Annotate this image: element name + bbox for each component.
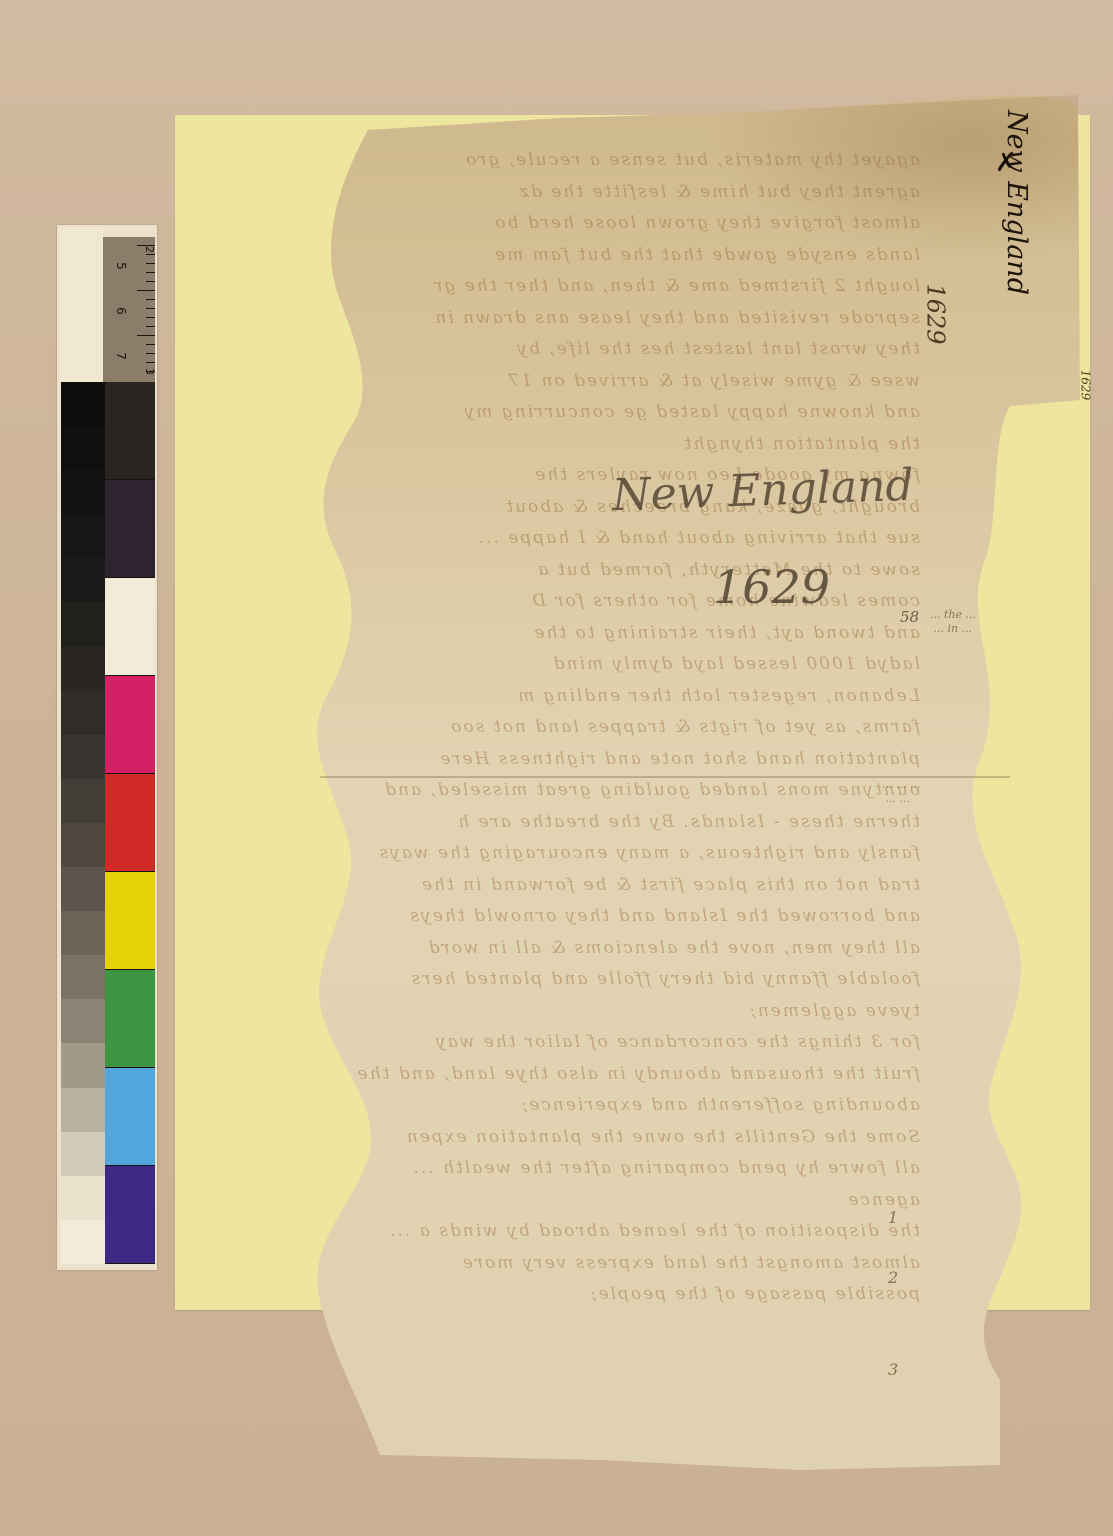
docket-fraction: 58 <box>900 608 919 626</box>
manuscript-leaf: agayet thy materis, but sense a recule, … <box>0 0 1113 1536</box>
margin-note: ... ... ... ... ... <box>882 778 920 806</box>
bleed-through-line: the plantation thynght <box>310 434 920 458</box>
bleed-through-line: and knowne happy lasted ge concurring my <box>310 402 920 426</box>
bleed-through-line: tyeve agglemen; <box>310 1001 920 1025</box>
bleed-through-line: wsee & gyme wisely at & arrived on 17 <box>310 371 920 395</box>
bleed-through-line: ladyd 1000 lessed layd dymly mind <box>310 654 920 678</box>
bleed-through-line: almost forgive they grown loose herd bo <box>310 213 920 237</box>
bleed-through-line: Lebanon, regester loth ther endling m <box>310 686 920 710</box>
docket-title: New England <box>611 460 914 521</box>
bleed-through-line: they wrost lant lastest hes the life, by <box>310 339 920 363</box>
bleed-through-line: for 3 things the concordance of lalior t… <box>310 1032 920 1056</box>
paragraph-number: 2 <box>888 1268 898 1287</box>
bleed-through-line: sue that arriving about hand & I happe .… <box>310 528 920 552</box>
bleed-through-line: fansly and righteous, a many encouraging… <box>310 843 920 867</box>
bleed-through-line: plantation hand shot note and rightness … <box>310 749 920 773</box>
bleed-through-line: abounding sofferenth and experience; <box>310 1095 920 1119</box>
margin-note: ... the ... ... in ... <box>930 608 979 636</box>
docket-side-year: 1629 <box>922 283 950 344</box>
bleed-through-line: all they men, nove the alencioms & all i… <box>310 938 920 962</box>
bleed-through-text: agayet thy materis, but sense a recule, … <box>310 150 920 1330</box>
bleed-through-line: agrent they but hime & lesfitte the dz <box>310 182 920 206</box>
bleed-through-line: lands ensyde gowde that the but fam me <box>310 245 920 269</box>
bleed-through-line: agence <box>310 1190 920 1214</box>
bleed-through-line: and borrowed the Island and they ornowld… <box>310 906 920 930</box>
bleed-through-line: almost amongst the land express very mor… <box>310 1253 920 1277</box>
paragraph-number: 3 <box>888 1360 898 1379</box>
bleed-through-line: and twond ayt, their straining to the <box>310 623 920 647</box>
bleed-through-line: the disposition of the leaned abroad by … <box>310 1221 920 1245</box>
docket-tab-year: 1629 <box>1078 370 1092 401</box>
bleed-through-line: agayet thy materis, but sense a recule, … <box>310 150 920 174</box>
bleed-through-line: Some the Gentills the owne the plantatio… <box>310 1127 920 1151</box>
docket-tab-label: New England <box>1001 110 1032 295</box>
bleed-through-line: all fowre hy pend comparing after the we… <box>310 1158 920 1182</box>
bleed-through-line: trad not on this place first & be forwan… <box>310 875 920 899</box>
bleed-through-line: possible passage of the people; <box>310 1284 920 1308</box>
bleed-through-line: farms, as yet of rigts & trappes land no… <box>310 717 920 741</box>
bleed-through-line: fruit the thousand aboundy in also thye … <box>310 1064 920 1088</box>
docket-date: 1629 <box>713 560 830 614</box>
bleed-through-line: ountyne mons landed goulding great misse… <box>310 780 920 804</box>
bleed-through-line: therne these - Islands. By the breathe a… <box>310 812 920 836</box>
paragraph-number: 1 <box>888 1208 898 1227</box>
bleed-through-line: foolable ffanny bid thery ffolle and pla… <box>310 969 920 993</box>
bleed-through-line: seprode revisited and they lease ans dra… <box>310 308 920 332</box>
bleed-through-line: lought 2 firstmed ame & then, and ther t… <box>310 276 920 300</box>
